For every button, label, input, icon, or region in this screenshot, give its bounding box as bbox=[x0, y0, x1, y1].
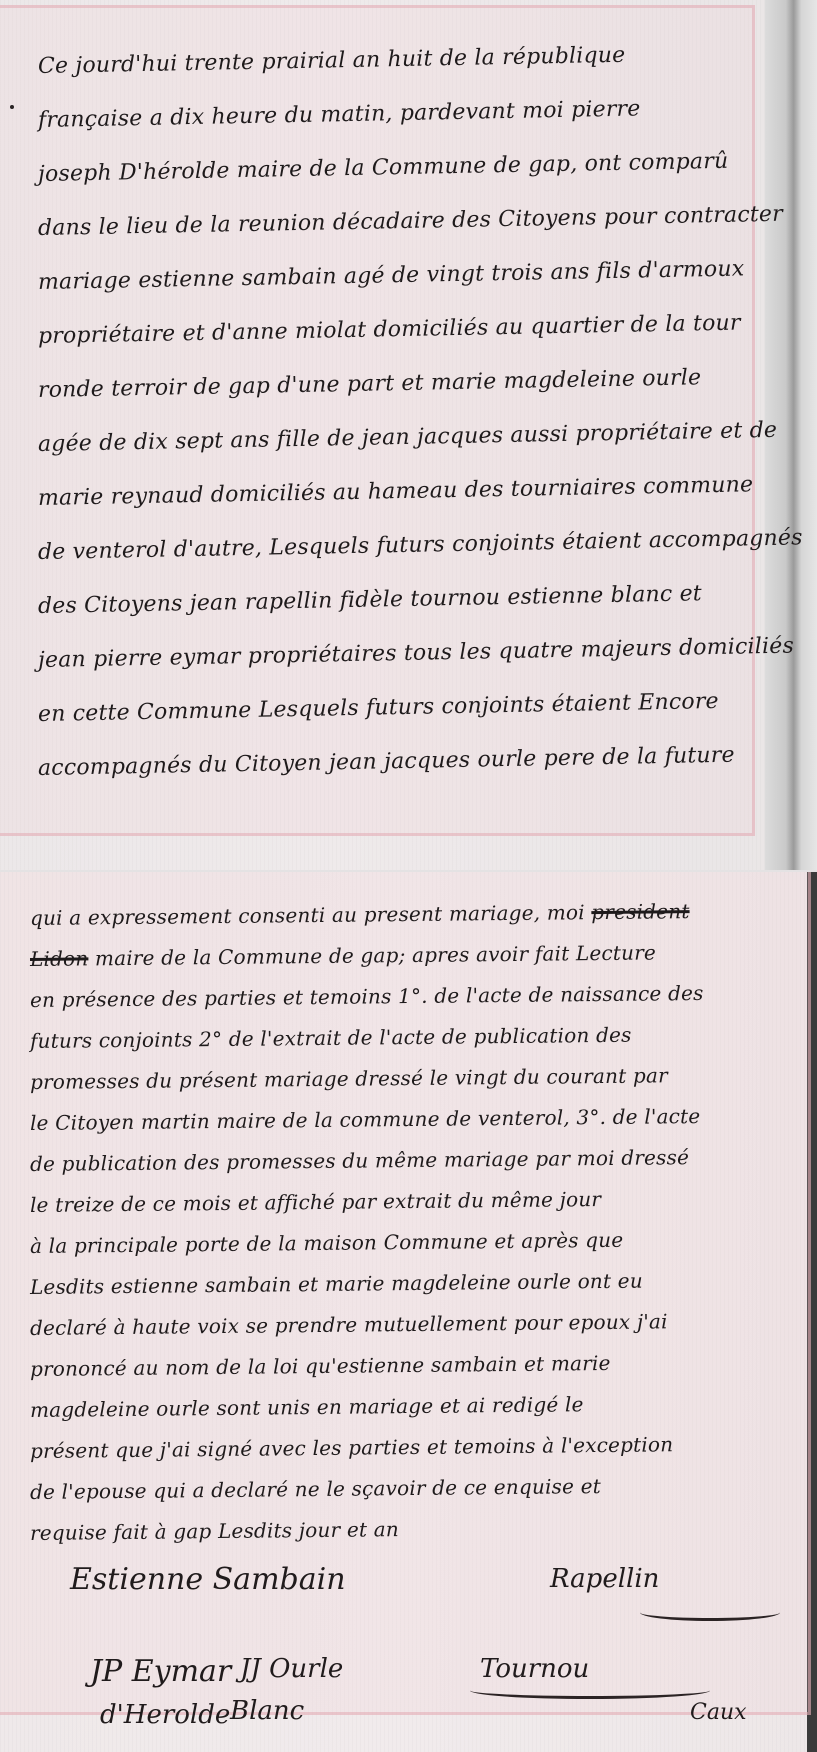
signature: Estienne Sambain bbox=[70, 1562, 346, 1597]
signature: Blanc bbox=[230, 1696, 304, 1726]
text-block-bottom: qui a expressement consenti au present m… bbox=[30, 898, 787, 1554]
struck-word: president bbox=[591, 899, 689, 924]
text-line: requise fait à gap Lesdits jour et an bbox=[30, 1505, 787, 1554]
document-fragment-top: Ce jourd'hui trente prairial an huit de … bbox=[0, 0, 817, 870]
signature: Tournou bbox=[480, 1654, 589, 1684]
signature: Rapellin bbox=[550, 1564, 659, 1594]
signature: Caux bbox=[690, 1700, 747, 1725]
document-fragment-bottom: qui a expressement consenti au present m… bbox=[0, 872, 817, 1752]
struck-word: Lidon bbox=[30, 946, 89, 971]
signature: JP Eymar bbox=[90, 1654, 231, 1689]
signature-block: Estienne Sambain Rapellin JP Eymar JJ Ou… bbox=[30, 1562, 787, 1742]
ink-dot bbox=[10, 105, 14, 109]
signature-flourish bbox=[640, 1604, 780, 1621]
signature: JJ Ourle bbox=[240, 1654, 343, 1684]
signature: d'Herolde bbox=[100, 1700, 230, 1730]
text-block-top: Ce jourd'hui trente prairial an huit de … bbox=[38, 40, 747, 796]
signature-flourish bbox=[470, 1682, 710, 1699]
